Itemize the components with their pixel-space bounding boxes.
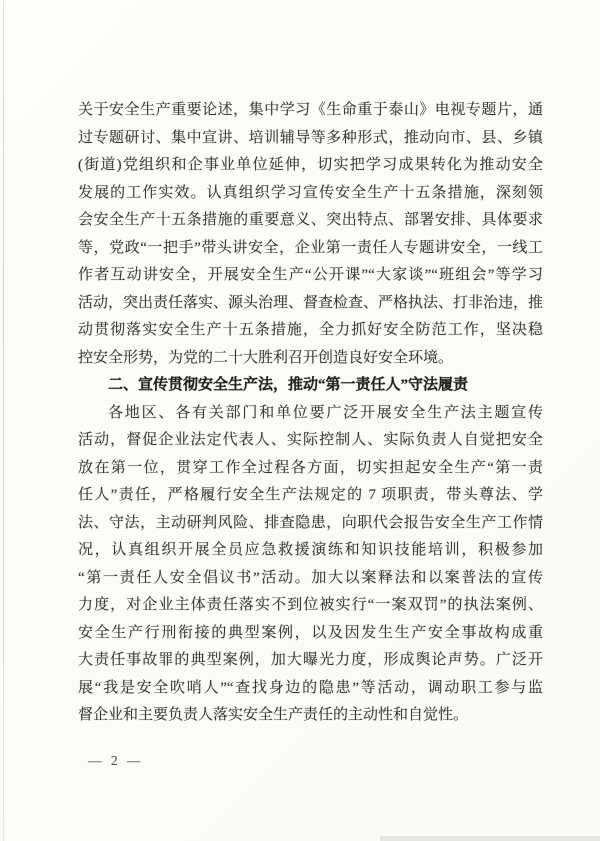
page-number: — 2 —	[88, 753, 144, 769]
text-line: 安全生产行刑衔接的典型案例，以及因发生生产安全事故构成重	[78, 620, 543, 648]
text-line: 放在第一位，贯穿工作全过程各方面，切实担起安全生产“第一责	[78, 455, 543, 483]
text-line: 会安全生产十五条措施的重要意义、突出特点、部署安排、具体要求	[78, 207, 543, 235]
text-line: 作者互动讲安全，开展安全生产“公开课”“大家谈”“班组会”等学习	[78, 262, 543, 290]
scan-bottom-edge-artifact	[380, 836, 600, 841]
text-line: 督企业和主要负责人落实安全生产责任的主动性和自觉性。	[78, 702, 543, 730]
text-line: 力度，对企业主体责任落实不到位被实行“一案双罚”的执法案例、	[78, 592, 543, 620]
text-line: 关于安全生产重要论述，集中学习《生命重于泰山》电视专题片，通	[78, 97, 543, 125]
text-line: 展“我是安全吹哨人”“查找身边的隐患”等活动，调动职工参与监	[78, 675, 543, 703]
document-body: 关于安全生产重要论述，集中学习《生命重于泰山》电视专题片，通 过专题研讨、集中宣…	[78, 97, 543, 730]
text-line: 过专题研讨、集中宣讲、培训辅导等多种形式，推动向市、县、乡镇	[78, 125, 543, 153]
text-line: 大责任事故罪的典型案例，加大曝光力度，形成舆论声势。广泛开	[78, 647, 543, 675]
text-line: 活动，督促企业法定代表人、实际控制人、实际负责人自觉把安全	[78, 427, 543, 455]
scan-left-edge-artifact	[3, 0, 4, 841]
section-heading: 二、宣传贯彻安全生产法，推动“第一责任人”守法履责	[78, 372, 543, 400]
text-line: 等，党政“一把手”带头讲安全，企业第一责任人专题讲安全，一线工	[78, 235, 543, 263]
text-line: “第一责任人安全倡议书”活动。加大以案释法和以案普法的宣传	[78, 565, 543, 593]
text-line: 各地区、各有关部门和单位要广泛开展安全生产法主题宣传	[78, 400, 543, 428]
text-line: 任人”责任，严格履行安全生产法规定的 7 项职责，带头尊法、学	[78, 482, 543, 510]
scanned-document-page: 关于安全生产重要论述，集中学习《生命重于泰山》电视专题片，通 过专题研讨、集中宣…	[0, 0, 600, 841]
text-line: 况，认真组织开展全员应急救援演练和知识技能培训，积极参加	[78, 537, 543, 565]
text-line: 动贯彻落实安全生产十五条措施，全力抓好安全防范工作，坚决稳	[78, 317, 543, 345]
text-line: 发展的工作实效。认真组织学习宣传安全生产十五条措施，深刻领	[78, 180, 543, 208]
text-line: 控安全形势，为党的二十大胜利召开创造良好安全环境。	[78, 345, 543, 373]
text-line: (街道)党组织和企事业单位延伸，切实把学习成果转化为推动安全	[78, 152, 543, 180]
text-line: 活动，突出责任落实、源头治理、督查检查、严格执法、打非治违，推	[78, 290, 543, 318]
text-line: 法、守法，主动研判风险、排查隐患，向职代会报告安全生产工作情	[78, 510, 543, 538]
